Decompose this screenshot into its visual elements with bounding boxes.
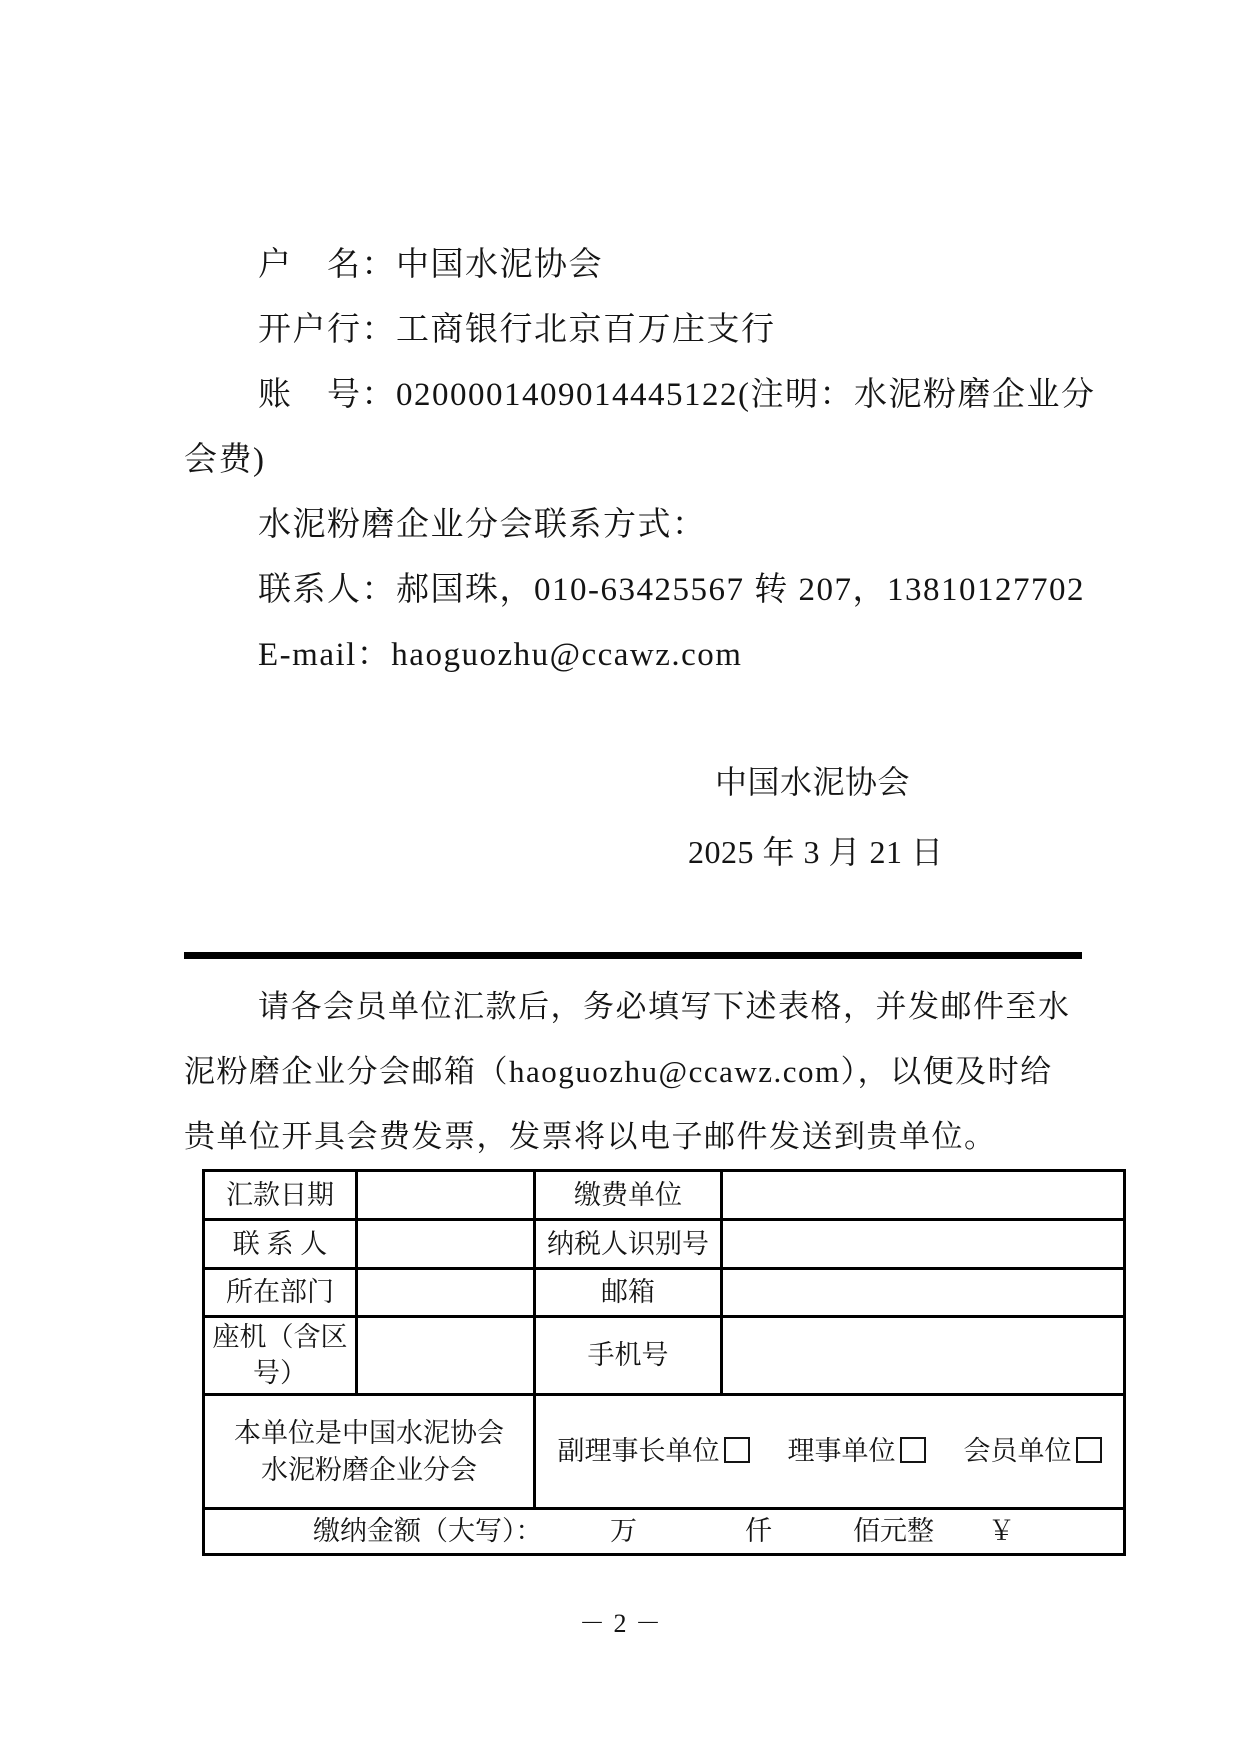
landline-value-cell: [357, 1317, 535, 1395]
contact-person-label-cell: 联 系 人: [204, 1220, 357, 1269]
contact-person-value-cell: [357, 1220, 535, 1269]
page-number: － 2 －: [0, 1603, 1241, 1640]
notice-line-1: 请各会员单位汇款后，务必填写下述表格，并发邮件至水: [258, 990, 1071, 1024]
membership-label-cell: 本单位是中国水泥协会 水泥粉磨企业分会: [204, 1394, 535, 1508]
contact-email-line: E-mail：haoguozhu@ccawz.com: [258, 637, 742, 673]
remittance-date-label-cell: 汇款日期: [204, 1171, 357, 1220]
membership-fee-form-table: 汇款日期 缴费单位 联 系 人 纳税人识别号 所在部门 邮箱 座机（含区 号）: [202, 1169, 1126, 1556]
department-label-cell: 所在部门: [204, 1269, 357, 1317]
notice-line-2: 泥粉磨企业分会邮箱（haoguozhu@ccawz.com），以便及时给: [184, 1055, 1053, 1089]
paying-unit-label-cell: 缴费单位: [535, 1171, 722, 1220]
table-row: 所在部门 邮箱: [204, 1269, 1125, 1317]
membership-option-label: 理事单位: [788, 1436, 896, 1466]
membership-option-label: 副理事长单位: [558, 1436, 720, 1466]
taxpayer-id-value-cell: [722, 1220, 1125, 1269]
branch-contact-heading: 水泥粉磨企业分会联系方式：: [258, 507, 707, 543]
document-page: 户 名：中国水泥协会 开户行：工商银行北京百万庄支行 账 号：020000140…: [0, 0, 1241, 1754]
bank-account-number-line: 账 号：0200001409014445122(注明：水泥粉磨企业分: [258, 377, 1096, 413]
membership-option-label: 会员单位: [964, 1436, 1072, 1466]
empty-checkbox-icon: [724, 1437, 750, 1463]
empty-checkbox-icon: [1076, 1437, 1102, 1463]
bank-account-name-line: 户 名：中国水泥协会: [258, 247, 603, 283]
table-row: 座机（含区 号） 手机号: [204, 1317, 1125, 1395]
mobile-value-cell: [722, 1317, 1125, 1395]
membership-option-vice-chair: 副理事长单位: [558, 1433, 750, 1469]
section-divider: [184, 952, 1082, 959]
notice-line-3: 贵单位开具会费发票，发票将以电子邮件发送到贵单位。: [184, 1120, 997, 1154]
landline-label-cell: 座机（含区 号）: [204, 1317, 357, 1395]
email-value-cell: [722, 1269, 1125, 1317]
empty-checkbox-icon: [900, 1437, 926, 1463]
membership-options-cell: 副理事长单位 理事单位 会员单位: [535, 1394, 1125, 1508]
membership-option-member: 会员单位: [964, 1433, 1102, 1469]
amount-cell: 缴纳金额（大写）： 万 仟 佰元整 ￥: [204, 1509, 1125, 1555]
mobile-label-cell: 手机号: [535, 1317, 722, 1395]
membership-row: 本单位是中国水泥协会 水泥粉磨企业分会 副理事长单位 理事单位 会员单位: [204, 1394, 1125, 1508]
remittance-date-value-cell: [357, 1171, 535, 1220]
membership-option-director: 理事单位: [788, 1433, 926, 1469]
signature-org: 中国水泥协会: [715, 765, 910, 800]
signature-date: 2025 年 3 月 21 日: [688, 835, 944, 870]
table-row: 汇款日期 缴费单位: [204, 1171, 1125, 1220]
amount-row: 缴纳金额（大写）： 万 仟 佰元整 ￥: [204, 1509, 1125, 1555]
paying-unit-value-cell: [722, 1171, 1125, 1220]
taxpayer-id-label-cell: 纳税人识别号: [535, 1220, 722, 1269]
bank-branch-line: 开户行：工商银行北京百万庄支行: [258, 312, 776, 348]
contact-person-line: 联系人：郝国珠，010-63425567 转 207，13810127702: [258, 572, 1085, 608]
table-row: 联 系 人 纳税人识别号: [204, 1220, 1125, 1269]
bank-account-number-wrap-line: 会费): [184, 442, 266, 478]
department-value-cell: [357, 1269, 535, 1317]
email-label-cell: 邮箱: [535, 1269, 722, 1317]
